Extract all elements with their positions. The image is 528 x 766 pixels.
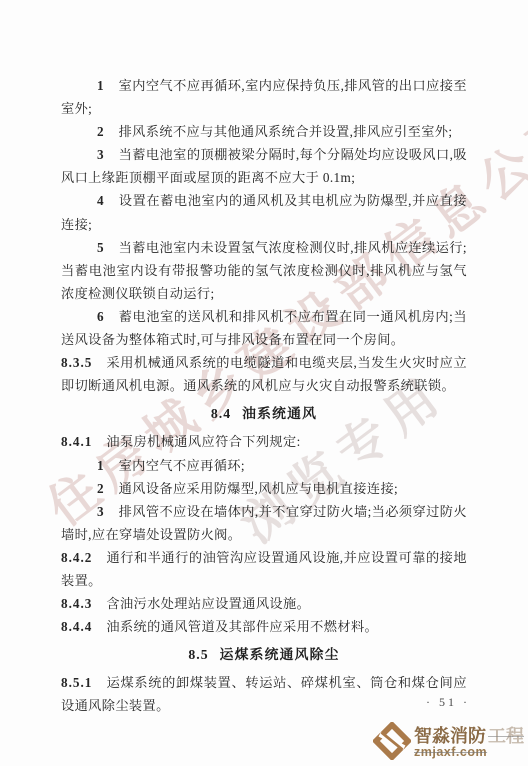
item-text: 室内空气不应再循环,室内应保持负压,排风管的出口应接至室外; bbox=[61, 78, 467, 116]
vendor-brand-text: 智淼消防工程 bbox=[414, 727, 524, 746]
item-number: 3 bbox=[97, 147, 105, 162]
item-text: 排风管不应设在墙体内,并不宜穿过防火墙;当必须穿过防火墙时,应在穿墙处设置防火阀… bbox=[61, 504, 467, 542]
list-item: 2通风设备应采用防爆型,风机应与电机直接连接; bbox=[61, 477, 467, 500]
clause-text: 油泵房机械通风应符合下列规定: bbox=[106, 434, 300, 449]
item-text: 排风系统不应与其他通风系统合并设置,排风应引至室外; bbox=[119, 124, 453, 139]
list-item: 2排风系统不应与其他通风系统合并设置,排风应引至室外; bbox=[61, 120, 467, 143]
item-number: 5 bbox=[97, 240, 105, 255]
clause-text: 含油污水处理站应设置通风设施。 bbox=[106, 596, 310, 611]
list-item: 3排风管不应设在墙体内,并不宜穿过防火墙;当必须穿过防火墙时,应在穿墙处设置防火… bbox=[61, 500, 467, 546]
item-text: 室内空气不应再循环; bbox=[119, 458, 245, 473]
clause-text: 运煤系统的卸煤装置、转运站、碎煤机室、筒仓和煤仓间应设通风除尘装置。 bbox=[61, 675, 467, 713]
item-number: 6 bbox=[97, 309, 105, 324]
clause-paragraph: 8.4.3含油污水处理站应设置通风设施。 bbox=[61, 592, 467, 615]
item-text: 当蓄电池室的顶棚被梁分隔时,每个分隔处均应设吸风口,吸风口上缘距顶棚平面或屋顶的… bbox=[61, 147, 467, 185]
list-item: 1室内空气不应再循环,室内应保持负压,排风管的出口应接至室外; bbox=[61, 74, 467, 120]
item-text: 通风设备应采用防爆型,风机应与电机直接连接; bbox=[119, 481, 399, 496]
clause-paragraph: 8.4.2通行和半通行的油管沟应设置通风设施,并应设置可靠的接地装置。 bbox=[61, 546, 467, 592]
clause-paragraph: 8.3.5采用机械通风系统的电缆隧道和电缆夹层,当发生火灾时应立即切断通风机电源… bbox=[61, 351, 467, 397]
clause-text: 通行和半通行的油管沟应设置通风设施,并应设置可靠的接地装置。 bbox=[61, 550, 467, 588]
section-number: 8.5 bbox=[188, 647, 208, 662]
item-number: 1 bbox=[97, 78, 105, 93]
list-item: 1室内空气不应再循环; bbox=[61, 454, 467, 477]
vendor-brand-suffix: 工程 bbox=[488, 726, 524, 746]
clause-text: 油系统的通风管道及其部件应采用不燃材料。 bbox=[106, 619, 378, 634]
clause-number: 8.5.1 bbox=[61, 675, 92, 690]
vendor-stamp: 智淼消防工程 zmjaxf.com bbox=[373, 722, 524, 765]
item-number: 1 bbox=[97, 458, 105, 473]
item-text: 设置在蓄电池室内的通风机及其电机应为防爆型,并应直接连接; bbox=[61, 193, 467, 231]
clause-number: 8.4.4 bbox=[61, 619, 92, 634]
page-content: 1室内空气不应再循环,室内应保持负压,排风管的出口应接至室外; 2排风系统不应与… bbox=[61, 74, 467, 718]
clause-number: 8.4.3 bbox=[61, 596, 92, 611]
list-item: 6蓄电池室的送风机和排风机不应布置在同一通风机房内;当送风设备为整体箱式时,可与… bbox=[61, 305, 467, 351]
clause-paragraph: 8.5.1运煤系统的卸煤装置、转运站、碎煤机室、筒仓和煤仓间应设通风除尘装置。 bbox=[61, 671, 467, 717]
item-number: 2 bbox=[97, 124, 105, 139]
clause-number: 8.4.2 bbox=[61, 550, 92, 565]
item-number: 4 bbox=[97, 193, 105, 208]
item-text: 当蓄电池室内未设置氢气浓度检测仪时,排风机应连续运行;当蓄电池室内设有带报警功能… bbox=[61, 240, 467, 301]
document-page: 住房城乡建设部信息公开 浏览专用 1室内空气不应再循环,室内应保持负压,排风管的… bbox=[0, 0, 528, 766]
clause-number: 8.4.1 bbox=[61, 434, 92, 449]
clause-number: 8.3.5 bbox=[61, 355, 92, 370]
vendor-logo-icon bbox=[373, 722, 411, 765]
clause-text: 采用机械通风系统的电缆隧道和电缆夹层,当发生火灾时应立即切断通风机电源。通风系统… bbox=[61, 355, 467, 393]
list-item: 5当蓄电池室内未设置氢气浓度检测仪时,排风机应连续运行;当蓄电池室内设有带报警功… bbox=[61, 236, 467, 305]
item-number: 2 bbox=[97, 481, 105, 496]
item-number: 3 bbox=[97, 504, 105, 519]
item-text: 蓄电池室的送风机和排风机不应布置在同一通风机房内;当送风设备为整体箱式时,可与排… bbox=[61, 309, 467, 347]
list-item: 3当蓄电池室的顶棚被梁分隔时,每个分隔处均应设吸风口,吸风口上缘距顶棚平面或屋顶… bbox=[61, 143, 467, 189]
section-heading: 8.4油系统通风 bbox=[61, 402, 467, 425]
section-title: 运煤系统通风除尘 bbox=[220, 647, 340, 662]
section-number: 8.4 bbox=[211, 406, 231, 421]
section-heading: 8.5运煤系统通风除尘 bbox=[61, 643, 467, 666]
page-number: · 51 · bbox=[426, 695, 470, 710]
vendor-domain-text: zmjaxf.com bbox=[414, 746, 524, 759]
clause-paragraph: 8.4.4油系统的通风管道及其部件应采用不燃材料。 bbox=[61, 615, 467, 638]
clause-paragraph: 8.4.1油泵房机械通风应符合下列规定: bbox=[61, 430, 467, 453]
section-title: 油系统通风 bbox=[242, 406, 317, 421]
list-item: 4设置在蓄电池室内的通风机及其电机应为防爆型,并应直接连接; bbox=[61, 189, 467, 235]
